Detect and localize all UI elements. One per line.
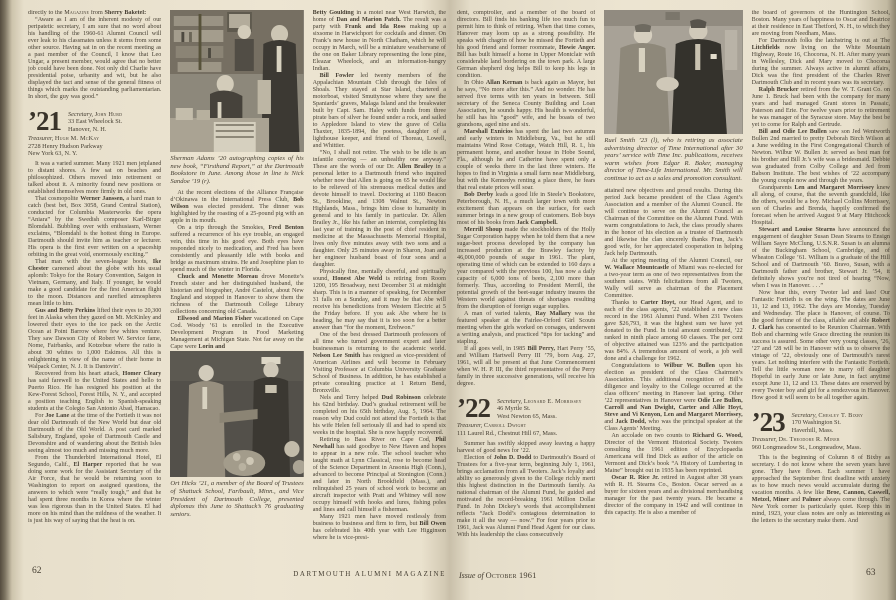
class-1922-secretary-block: Secretary, Leonard E. Morrissey 46 Myrtl… — [497, 397, 582, 420]
paragraph: For Joe Lane at the time of the Fortieth… — [28, 413, 161, 455]
paragraph: Stewart and Louise Stearns have announce… — [752, 227, 890, 290]
class-1921-secretary-block: Secretary, John Hurd 33 East Wheelock St… — [68, 110, 122, 133]
page-number-left: 62 — [32, 566, 42, 576]
secretary-label: Secretary, — [68, 111, 93, 118]
issue-footer: Issue of October 1961 — [459, 571, 537, 580]
paragraph: “Aware as I am of the inherent modesty o… — [28, 17, 161, 101]
paragraph: “No, I shall not retire. The wish to be … — [313, 150, 446, 269]
secretary-address: 46 Myrtle St. — [497, 405, 582, 412]
secretary-address: 170 Washington St. — [792, 419, 863, 426]
issue-footer-italic: Issue of — [459, 571, 484, 580]
magazine-spread: directly to the Magazine from Sherry Bak… — [0, 0, 896, 600]
class-year-1923: ’23 — [752, 411, 785, 433]
treasurer-line: Treasurer, Dr. Theodore R. Miner — [752, 436, 890, 443]
issue-footer-date: October 1961 — [486, 571, 537, 580]
paragraph: At the recent elections of the Alliance … — [170, 190, 303, 225]
secretary-line: Secretary, John Hurd — [68, 111, 122, 118]
paragraph: Gus and Betty Perkins lifted their eyes … — [28, 308, 161, 371]
column-3: Betty Goulding in a motel near West Harw… — [313, 10, 446, 562]
photo-sherman-adams-booksigning — [170, 10, 303, 152]
paragraph: Election of John D. Dodd to Dartmouth’s … — [457, 455, 595, 539]
paragraph: Grandparents Len and Margaret Morrissey … — [752, 185, 890, 227]
paragraph: attained new objectives and proud result… — [604, 188, 742, 258]
treasurer-line: Treasurer, Carroll Dwight — [457, 422, 595, 429]
paragraph: On a trip through the Smokies, Fred Bent… — [170, 225, 303, 274]
paragraph: For Dartmouth folks the latchstring is o… — [752, 38, 890, 87]
paragraph: A man of varied talents, Ray Mallary was… — [457, 311, 595, 346]
treasurer-address: 111 Laurel Rd., Chestnut Hill 67, Mass. — [457, 430, 595, 437]
photo-ort-hicks-diploma — [170, 351, 303, 477]
column-1-intro-text: directly to the Magazine from Sherry Bak… — [28, 10, 161, 101]
treasurer-address: New York 63, N. Y. — [28, 150, 161, 157]
treasurer-line: Treasurer, Hugh M. McKay — [28, 135, 161, 142]
paragraph: This is the beginning of Column 8 of Bix… — [752, 455, 890, 525]
paragraph: Recovered from his heart attack, Homer C… — [28, 371, 161, 413]
treasurer-label: Treasurer, — [752, 436, 777, 443]
secretary-line: Secretary, Chesley T. Bixby — [792, 412, 863, 419]
class-1923-treasurer-block: Treasurer, Dr. Theodore R. Miner 960 Lon… — [752, 436, 890, 451]
paragraph: An accolade on two counts to Richard G. … — [604, 433, 742, 475]
secretary-line: Secretary, Leonard E. Morrissey — [497, 398, 582, 405]
paragraph: From the Thunderbird International Hotel… — [28, 455, 161, 525]
class-1923-header: ’23 Secretary, Chesley T. Bixby 170 Wash… — [752, 411, 890, 434]
page-number-right: 63 — [866, 568, 876, 578]
page-62: directly to the Magazine from Sherry Bak… — [28, 10, 446, 562]
column-5: Ruel Smith ’23 (l), who is retiring as a… — [604, 10, 742, 562]
paragraph: Merrill Shoup made the stockholders of t… — [457, 227, 595, 311]
paragraph: Now hear this, every Twoter lad and lass… — [752, 290, 890, 402]
secretary-address: West Newton 65, Mass. — [497, 413, 582, 420]
secretary-name: John Hurd — [95, 111, 122, 118]
treasurer-name: Dr. Theodore R. Miner — [779, 436, 840, 443]
paragraph: That man with the seven-league boots, Ik… — [28, 259, 161, 308]
magazine-title-footer: DARTMOUTH ALUMNI MAGAZINE — [252, 570, 446, 578]
class-1922-treasurer-block: Treasurer, Carroll Dwight 111 Laurel Rd.… — [457, 422, 595, 437]
paragraph: Bill Fowler led twenty members of the Ap… — [313, 73, 446, 150]
paragraph: Many 1921 men have moved restlessly from… — [313, 514, 446, 542]
class-1921-notes-continued: dent, comptroller, and a member of the b… — [457, 10, 595, 388]
photo-caption-sherman-adams: Sherman Adams ’20 autographing copies of… — [170, 155, 303, 185]
class-1921-notes-text: It was a varied summer. Many 1921 men je… — [28, 161, 161, 525]
class-1922-notes-continued: attained new objectives and proud result… — [604, 188, 742, 517]
column-1: directly to the Magazine from Sherry Bak… — [28, 10, 161, 562]
secretary-address: 33 East Wheelock St. — [68, 118, 122, 125]
diploma-handshake-graphic — [170, 351, 303, 477]
paragraph: Thanks to Carter Hoyt, our Head Agent, a… — [604, 300, 742, 363]
paragraph: directly to the Magazine from Sherry Bak… — [28, 10, 161, 17]
column-4: dent, comptroller, and a member of the b… — [457, 10, 595, 562]
paragraph: One of the best dressed Dartmouth profes… — [313, 332, 446, 395]
photo-caption-ruel-smith: Ruel Smith ’23 (l), who is retiring as a… — [604, 137, 742, 183]
secretary-address: Hanover, N. H. — [68, 126, 122, 133]
paragraph: If all goes well, in 1985 Bill Perry, Ha… — [457, 346, 595, 388]
secretary-label: Secretary, — [792, 412, 817, 419]
secretary-name: Leonard E. Morrissey — [524, 398, 582, 405]
secretary-address: Haverhill, Mass. — [792, 427, 863, 434]
photo-caption-ort-hicks: Ort Hicks ’21, a member of the Board of … — [170, 480, 303, 518]
paragraph: Nels and Terry helped Dud Robinson celeb… — [313, 395, 446, 437]
secretary-name: Chesley T. Bixby — [818, 412, 863, 419]
paragraph: the board of governors of the Huntington… — [752, 10, 890, 38]
class-1922-notes-end: the board of governors of the Huntington… — [752, 10, 890, 402]
paragraph: Congratulations to Wilbur W. Bullen upon… — [604, 363, 742, 433]
class-1923-secretary-block: Secretary, Chesley T. Bixby 170 Washingt… — [792, 411, 863, 434]
paragraph: Betty Goulding in a motel near West Harw… — [313, 10, 446, 73]
class-year-1921: ’21 — [28, 110, 61, 132]
treasurer-name: Hugh M. McKay — [55, 135, 99, 142]
page-63: dent, comptroller, and a member of the b… — [457, 10, 890, 562]
paragraph: Ellwood and Marion Fisher vacationed on … — [170, 316, 303, 351]
secretary-label: Secretary, — [497, 398, 522, 405]
paragraph: dent, comptroller, and a member of the b… — [457, 10, 595, 80]
bookstore-scene-graphic — [170, 10, 303, 152]
photo-ruel-smith-retirement — [604, 10, 742, 134]
paragraph: Physically fine, mentally cheerful, and … — [313, 269, 446, 332]
treasurer-address: 960 Longmeadow St., Longmeadow, Mass. — [752, 444, 890, 451]
treasurer-name: Carroll Dwight — [484, 422, 526, 429]
paragraph: Marshall Exnicios has spent the last two… — [457, 129, 595, 192]
paragraph: Retiring to Bass River on Cape Cod, Phil… — [313, 437, 446, 514]
paragraph: Oscar R. Rice Jr. retired in August afte… — [604, 475, 742, 517]
paragraph: At the spring meeting of the Alumni Coun… — [604, 258, 742, 300]
paragraph: That cosmopolite Werner Janssen, a hard … — [28, 196, 161, 259]
paragraph: Summer has swiftly skipped away leaving … — [457, 441, 595, 455]
paragraph: Chuck and Monette Moreau drove Monette’s… — [170, 274, 303, 316]
class-1921-header: ’21 Secretary, John Hurd 33 East Wheeloc… — [28, 110, 161, 133]
paragraph: Bob Derby leads a good life in Steele’s … — [457, 192, 595, 227]
paragraph: Ralph Brucker retired from the W. T. Gra… — [752, 87, 890, 129]
treasurer-label: Treasurer, — [457, 422, 482, 429]
column-6: the board of governors of the Huntington… — [752, 10, 890, 562]
column-2-text: At the recent elections of the Alliance … — [170, 190, 303, 351]
column-2: Sherman Adams ’20 autographing copies of… — [170, 10, 303, 562]
class-1921-treasurer-block: Treasurer, Hugh M. McKay 2728 Henry Huds… — [28, 135, 161, 157]
class-year-1922: ’22 — [457, 397, 490, 419]
paragraph: It was a varied summer. Many 1921 men je… — [28, 161, 161, 196]
class-1922-notes-text: Summer has swiftly skipped away leaving … — [457, 441, 595, 539]
treasurer-label: Treasurer, — [28, 135, 53, 142]
treasurer-address: 2728 Henry Hudson Parkway — [28, 143, 161, 150]
class-1922-header: ’22 Secretary, Leonard E. Morrissey 46 M… — [457, 397, 595, 420]
class-1923-notes-text: This is the beginning of Column 8 of Bix… — [752, 455, 890, 525]
paragraph: In Ohio Allan Kernan is back again as Ma… — [457, 80, 595, 129]
handshake-office-graphic — [604, 10, 742, 134]
paragraph: Bill and Odie Lee Bullen saw son Jed Wen… — [752, 129, 890, 185]
